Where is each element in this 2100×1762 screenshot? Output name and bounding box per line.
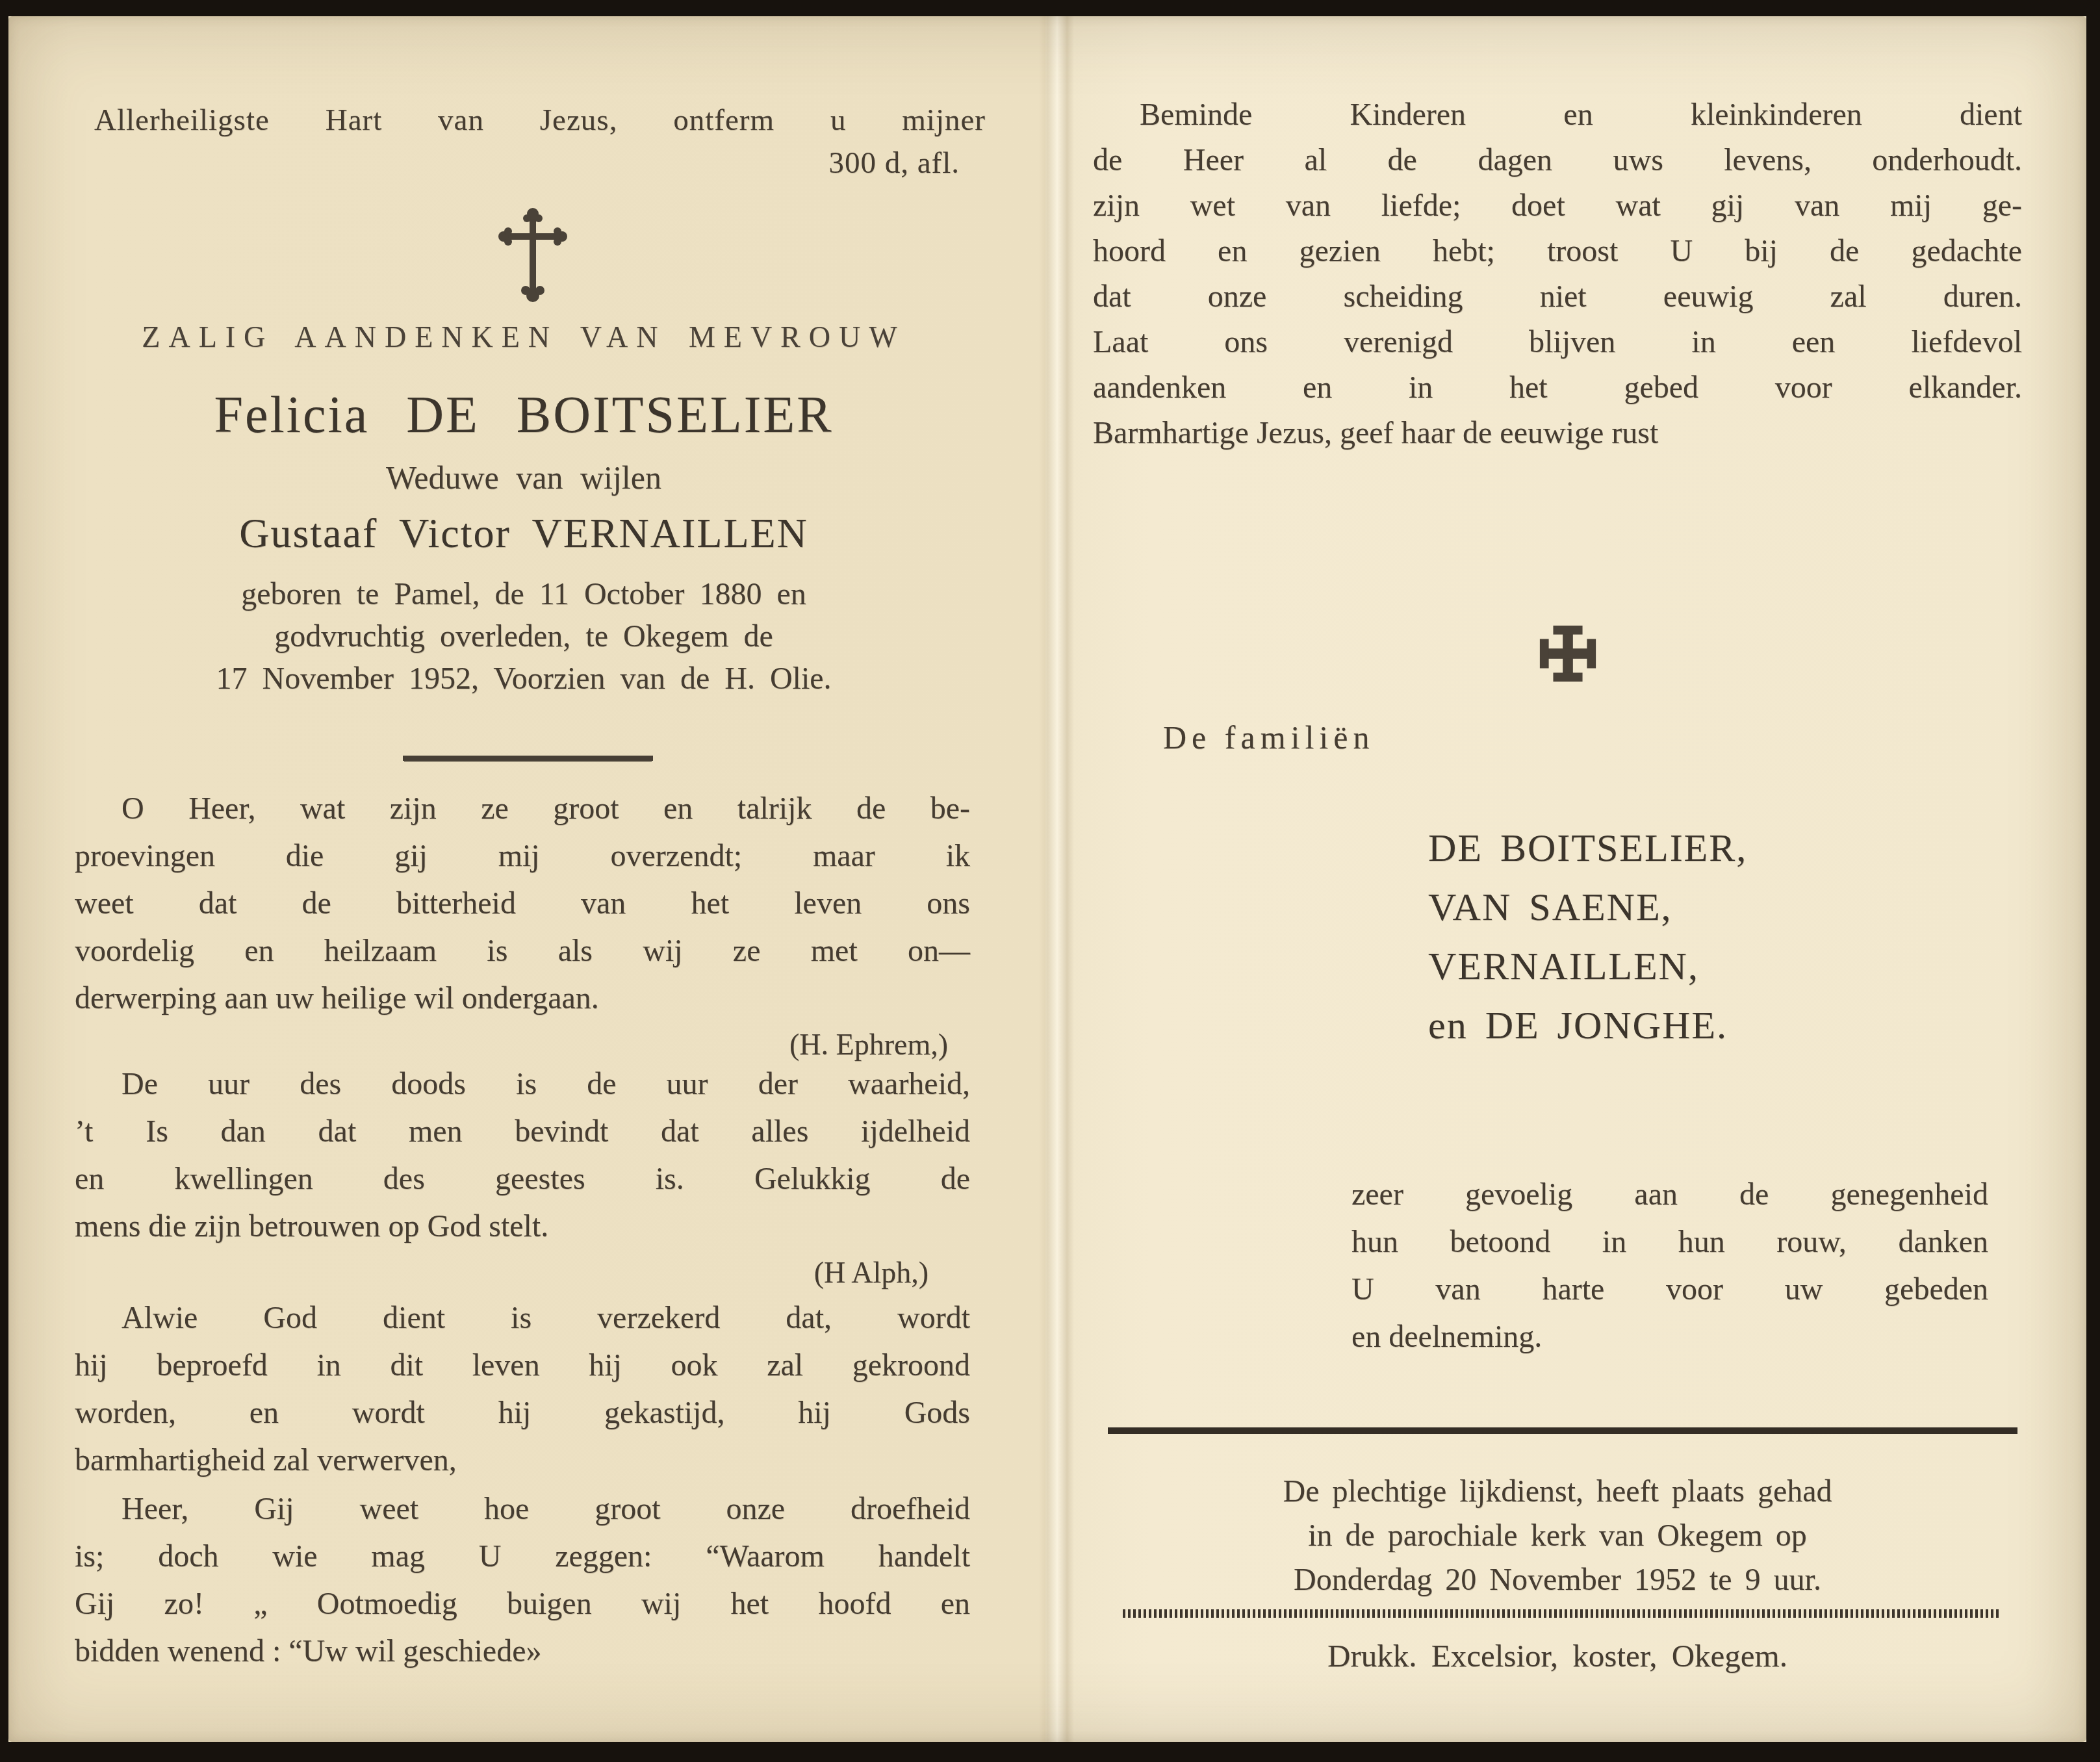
prayer-line: proevingen die gij mij overzendt; maar i… [75,832,970,880]
prayer-line: barmhartigheid zal verwerven, [75,1436,970,1484]
thanks-paragraph: zeer gevoelig aan de genegenheid hun bet… [1351,1171,1988,1360]
family-intro: De familiën [1163,719,1683,756]
admonition-line: Barmhartige Jezus, geef haar de eeuwige … [1093,411,2022,456]
prayer-paragraph-4: Heer, Gij weet hoe groot onze droefheid … [75,1485,970,1675]
prayer-line: O Heer, wat zijn ze groot en talrijk de … [75,785,970,832]
service-line: De plechtige lijkdienst, heeft plaats ge… [1093,1470,2022,1514]
prayer-line: Gij zo! „ Ootmoedig buigen wij het hoofd… [75,1580,970,1628]
prayer-line: hij beproefd in dit leven hij ook zal ge… [75,1342,970,1389]
dotted-divider [1123,1609,1999,1618]
prayer-line: worden, en wordt hij gekastijd, hij Gods [75,1389,970,1436]
budded-cross-icon [496,207,569,303]
thanks-line: U van harte voor uw gebeden [1351,1266,1988,1313]
deceased-name: Felicia DE BOITSELIER [75,386,973,445]
admonition-line: Beminde Kinderen en kleinkinderen dient [1093,92,2022,138]
thanks-line: zeer gevoelig aan de genegenheid [1351,1171,1988,1218]
prayer-paragraph-1: O Heer, wat zijn ze groot en talrijk de … [75,785,970,1068]
family-name: VAN SAENE, [1428,878,1883,937]
prayer-line: De uur des doods is de uur der waarheid, [75,1060,970,1108]
service-paragraph: De plechtige lijkdienst, heeft plaats ge… [1093,1470,2022,1602]
section-divider [403,756,653,761]
husband-name: Gustaaf Victor VERNAILLEN [75,509,973,557]
prayer-line: is; doch wie mag U zeggen: “Waarom hande… [75,1533,970,1580]
family-name: VERNAILLEN, [1428,937,1883,996]
birth-line: geboren te Pamel, de 11 October 1880 en [75,573,973,615]
service-divider [1108,1427,2017,1434]
admonition-line: dat onze scheiding niet eeuwig zal duren… [1093,274,2022,320]
prayer-line: mens die zijn betrouwen op God stelt. [75,1203,970,1250]
prayer-paragraph-3: Alwie God dient is verzekerd dat, wordt … [75,1294,970,1484]
prayer-attribution: (H Alph,) [75,1249,970,1296]
prayer-line: Heer, Gij weet hoe groot onze droefheid [75,1485,970,1533]
prayer-line: derwerping aan uw heilige wil ondergaan. [75,975,970,1022]
service-line: in de parochiale kerk van Okegem op [1093,1514,2022,1558]
prayer-paragraph-2: De uur des doods is de uur der waarheid,… [75,1060,970,1296]
budded-cross-icon [496,207,569,303]
prayer-line: ’t Is dan dat men bevindt dat alles ijde… [75,1108,970,1155]
family-names-list: DE BOITSELIER, VAN SAENE, VERNAILLEN, en… [1428,819,1883,1055]
prayer-line: bidden wenend : “Uw wil geschiede» [75,1628,970,1675]
printer-credit: Drukk. Excelsior, koster, Okegem. [1093,1637,2022,1674]
admonition-line: hoord en gezien hebt; troost U bij de ge… [1093,229,2022,274]
invocation-block: Allerheiligste Hart van Jezus, ontferm u… [94,99,986,185]
admonition-line: de Heer al de dagen uws levens, onderhou… [1093,138,2022,183]
cross-potent-icon [1536,621,1600,686]
indulgence-line: 300 d, afl. [94,142,986,185]
admonition-paragraph: Beminde Kinderen en kleinkinderen dient … [1093,92,2022,456]
prayer-line: Alwie God dient is verzekerd dat, wordt [75,1294,970,1342]
prayer-line: weet dat de bitterheid van het leven ons [75,880,970,927]
prayer-line: voordelig en heilzaam is als wij ze met … [75,927,970,975]
prayer-line: en kwellingen des geestes is. Gelukkig d… [75,1155,970,1203]
cross-potent-icon [1536,621,1600,686]
admonition-line: aandenken en in het gebed voor elkander. [1093,365,2022,411]
family-name: en DE JONGHE. [1428,996,1883,1055]
thanks-line: hun betoond in hun rouw, danken [1351,1218,1988,1266]
memorial-heading: ZALIG AANDENKEN VAN MEVROUW [75,320,973,354]
invocation-line: Allerheiligste Hart van Jezus, ontferm u… [94,99,986,142]
family-name: DE BOITSELIER, [1428,819,1883,878]
scanned-memorial-card: { "document_type": "memorial-prayer-card… [0,0,2100,1762]
admonition-line: Laat ons verenigd blijven in een liefdev… [1093,320,2022,365]
thanks-line: en deelneming. [1351,1313,1988,1360]
birth-death-block: geboren te Pamel, de 11 October 1880 en … [75,573,973,700]
death-line: godvruchtig overleden, te Okegem de [75,615,973,658]
card-fold-crease [1039,16,1074,1742]
sacrament-line: 17 November 1952, Voorzien van de H. Oli… [75,658,973,700]
admonition-line: zijn wet van liefde; doet wat gij van mi… [1093,183,2022,229]
relation-line: Weduwe van wijlen [75,459,973,496]
service-line: Donderdag 20 November 1952 te 9 uur. [1093,1558,2022,1602]
